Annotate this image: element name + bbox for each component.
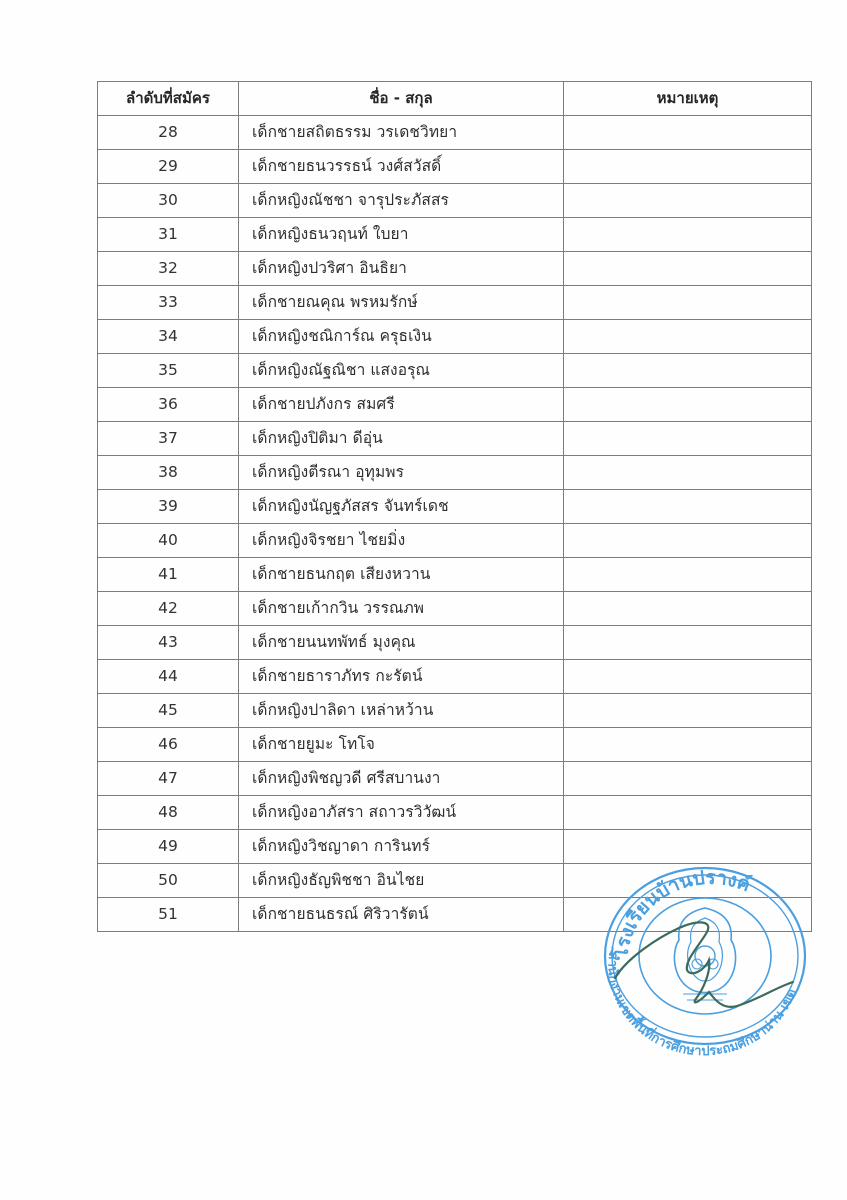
applicant-name: เด็กหญิงอาภัสรา สถาวรวิวัฒน์ (239, 796, 564, 830)
applicant-name: เด็กหญิงณัชชา จารุประภัสสร (239, 184, 564, 218)
table-row: 35เด็กหญิงณัฐณิชา แสงอรุณ (98, 354, 812, 388)
applicant-remark (564, 762, 812, 796)
applicant-number: 37 (98, 422, 239, 456)
applicant-remark (564, 660, 812, 694)
applicant-name: เด็กหญิงนัญฐภัสสร จันทร์เดช (239, 490, 564, 524)
applicant-name: เด็กชายปภังกร สมศรี (239, 388, 564, 422)
applicant-name: เด็กหญิงธัญพิชชา อินไชย (239, 864, 564, 898)
table-row: 34เด็กหญิงชณิการ์ณ ครุธเงิน (98, 320, 812, 354)
applicant-name: เด็กหญิงปิติมา ดีอุ่น (239, 422, 564, 456)
applicant-name: เด็กหญิงปวริศา อินธิยา (239, 252, 564, 286)
applicant-remark (564, 150, 812, 184)
table-row: 43เด็กชายนนทพัทธ์ มุงคุณ (98, 626, 812, 660)
applicant-name: เด็กหญิงตีรณา อุทุมพร (239, 456, 564, 490)
applicant-remark (564, 422, 812, 456)
applicant-number: 42 (98, 592, 239, 626)
applicant-remark (564, 354, 812, 388)
table-row: 46เด็กชายยูมะ โทโจ (98, 728, 812, 762)
table-row: 36เด็กชายปภังกร สมศรี (98, 388, 812, 422)
applicant-name: เด็กชายณคุณ พรหมรักษ์ (239, 286, 564, 320)
applicant-name: เด็กชายธนธรณ์ ศิริวารัตน์ (239, 898, 564, 932)
applicant-remark (564, 490, 812, 524)
applicant-name: เด็กชายสถิตธรรม วรเดชวิทยา (239, 116, 564, 150)
applicant-remark (564, 456, 812, 490)
applicant-number: 51 (98, 898, 239, 932)
applicant-remark (564, 558, 812, 592)
applicant-name: เด็กหญิงปาลิดา เหล่าหว้าน (239, 694, 564, 728)
applicant-remark (564, 830, 812, 864)
applicant-number: 34 (98, 320, 239, 354)
applicant-name: เด็กชายธนกฤต เสียงหวาน (239, 558, 564, 592)
applicant-remark (564, 592, 812, 626)
applicant-number: 38 (98, 456, 239, 490)
signature-mark (615, 922, 793, 1006)
applicant-remark (564, 694, 812, 728)
applicant-name: เด็กชายนนทพัทธ์ มุงคุณ (239, 626, 564, 660)
table-row: 47เด็กหญิงพิชญวดี ศรีสบานงา (98, 762, 812, 796)
applicant-number: 36 (98, 388, 239, 422)
table-row: 32เด็กหญิงปวริศา อินธิยา (98, 252, 812, 286)
header-remarks: หมายเหตุ (564, 82, 812, 116)
applicant-remark (564, 286, 812, 320)
applicant-number: 49 (98, 830, 239, 864)
applicant-table: ลำดับที่สมัคร ชื่อ - สกุล หมายเหตุ 28เด็… (97, 81, 812, 932)
applicant-remark (564, 524, 812, 558)
applicant-name: เด็กหญิงชณิการ์ณ ครุธเงิน (239, 320, 564, 354)
table-row: 29เด็กชายธนวรรธน์ วงศ์สวัสดิ์ (98, 150, 812, 184)
applicant-number: 47 (98, 762, 239, 796)
applicant-number: 28 (98, 116, 239, 150)
applicant-number: 30 (98, 184, 239, 218)
applicant-name: เด็กชายธาราภัทร กะรัตน์ (239, 660, 564, 694)
applicant-remark (564, 796, 812, 830)
applicant-number: 40 (98, 524, 239, 558)
table-body: 28เด็กชายสถิตธรรม วรเดชวิทยา29เด็กชายธนว… (98, 116, 812, 932)
applicant-remark (564, 116, 812, 150)
applicant-remark (564, 388, 812, 422)
applicant-name: เด็กหญิงธนวฤนท์ ใบยา (239, 218, 564, 252)
table-row: 51เด็กชายธนธรณ์ ศิริวารัตน์ (98, 898, 812, 932)
table-row: 28เด็กชายสถิตธรรม วรเดชวิทยา (98, 116, 812, 150)
applicant-name: เด็กชายธนวรรธน์ วงศ์สวัสดิ์ (239, 150, 564, 184)
table-row: 50เด็กหญิงธัญพิชชา อินไชย (98, 864, 812, 898)
header-full-name: ชื่อ - สกุล (239, 82, 564, 116)
applicant-remark (564, 626, 812, 660)
applicant-number: 31 (98, 218, 239, 252)
table-row: 42เด็กชายเก้ากวิน วรรณภพ (98, 592, 812, 626)
table-row: 41เด็กชายธนกฤต เสียงหวาน (98, 558, 812, 592)
table-row: 37เด็กหญิงปิติมา ดีอุ่น (98, 422, 812, 456)
applicant-name: เด็กหญิงพิชญวดี ศรีสบานงา (239, 762, 564, 796)
applicant-remark (564, 320, 812, 354)
document-page: ลำดับที่สมัคร ชื่อ - สกุล หมายเหตุ 28เด็… (0, 0, 847, 1200)
applicant-number: 32 (98, 252, 239, 286)
applicant-name: เด็กหญิงวิชญาดา การินทร์ (239, 830, 564, 864)
table-row: 30เด็กหญิงณัชชา จารุประภัสสร (98, 184, 812, 218)
applicant-number: 35 (98, 354, 239, 388)
applicant-number: 33 (98, 286, 239, 320)
table-row: 45เด็กหญิงปาลิดา เหล่าหว้าน (98, 694, 812, 728)
applicant-remark (564, 252, 812, 286)
applicant-number: 50 (98, 864, 239, 898)
header-applicant-number: ลำดับที่สมัคร (98, 82, 239, 116)
applicant-remark (564, 184, 812, 218)
table-row: 40เด็กหญิงจิรชยา ไชยมิ่ง (98, 524, 812, 558)
applicant-name: เด็กชายยูมะ โทโจ (239, 728, 564, 762)
applicant-number: 48 (98, 796, 239, 830)
applicant-number: 41 (98, 558, 239, 592)
table-row: 48เด็กหญิงอาภัสรา สถาวรวิวัฒน์ (98, 796, 812, 830)
table-row: 39เด็กหญิงนัญฐภัสสร จันทร์เดช (98, 490, 812, 524)
applicant-number: 45 (98, 694, 239, 728)
applicant-number: 44 (98, 660, 239, 694)
table-row: 38เด็กหญิงตีรณา อุทุมพร (98, 456, 812, 490)
applicant-number: 43 (98, 626, 239, 660)
table-row: 49เด็กหญิงวิชญาดา การินทร์ (98, 830, 812, 864)
applicant-name: เด็กชายเก้ากวิน วรรณภพ (239, 592, 564, 626)
table-row: 31เด็กหญิงธนวฤนท์ ใบยา (98, 218, 812, 252)
applicant-remark (564, 218, 812, 252)
applicant-remark (564, 898, 812, 932)
applicant-remark (564, 728, 812, 762)
applicant-name: เด็กหญิงจิรชยา ไชยมิ่ง (239, 524, 564, 558)
table-header-row: ลำดับที่สมัคร ชื่อ - สกุล หมายเหตุ (98, 82, 812, 116)
applicant-name: เด็กหญิงณัฐณิชา แสงอรุณ (239, 354, 564, 388)
table-row: 44เด็กชายธาราภัทร กะรัตน์ (98, 660, 812, 694)
applicant-remark (564, 864, 812, 898)
table-row: 33เด็กชายณคุณ พรหมรักษ์ (98, 286, 812, 320)
applicant-number: 46 (98, 728, 239, 762)
applicant-number: 29 (98, 150, 239, 184)
applicant-number: 39 (98, 490, 239, 524)
